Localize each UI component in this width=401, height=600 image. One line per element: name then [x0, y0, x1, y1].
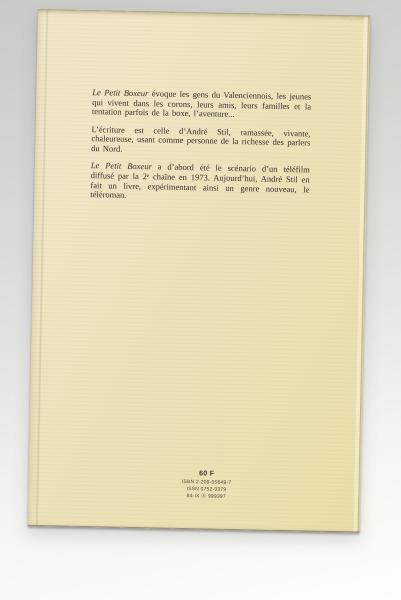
- book-back-cover: Le Petit Boxeur évoque les gens du Valen…: [28, 9, 370, 533]
- paragraph-text: L’écriture est celle d’André Stil, ramas…: [91, 124, 311, 154]
- blurb-paragraph-2: L’écriture est celle d’André Stil, ramas…: [91, 125, 311, 158]
- page-edge-highlight: [354, 17, 369, 532]
- price-and-codes-block: 60 F ISBN 2-209-05649-7 ISSN 0752-0379 8…: [40, 467, 373, 503]
- blurb-paragraph-3: Le Petit Boxeur a d’abord été le scénari…: [90, 161, 310, 204]
- blurb-paragraph-1: Le Petit Boxeur évoque les gens du Valen…: [92, 88, 312, 121]
- back-cover-blurb: Le Petit Boxeur évoque les gens du Valen…: [90, 88, 311, 212]
- spine-crease-line: [36, 10, 49, 525]
